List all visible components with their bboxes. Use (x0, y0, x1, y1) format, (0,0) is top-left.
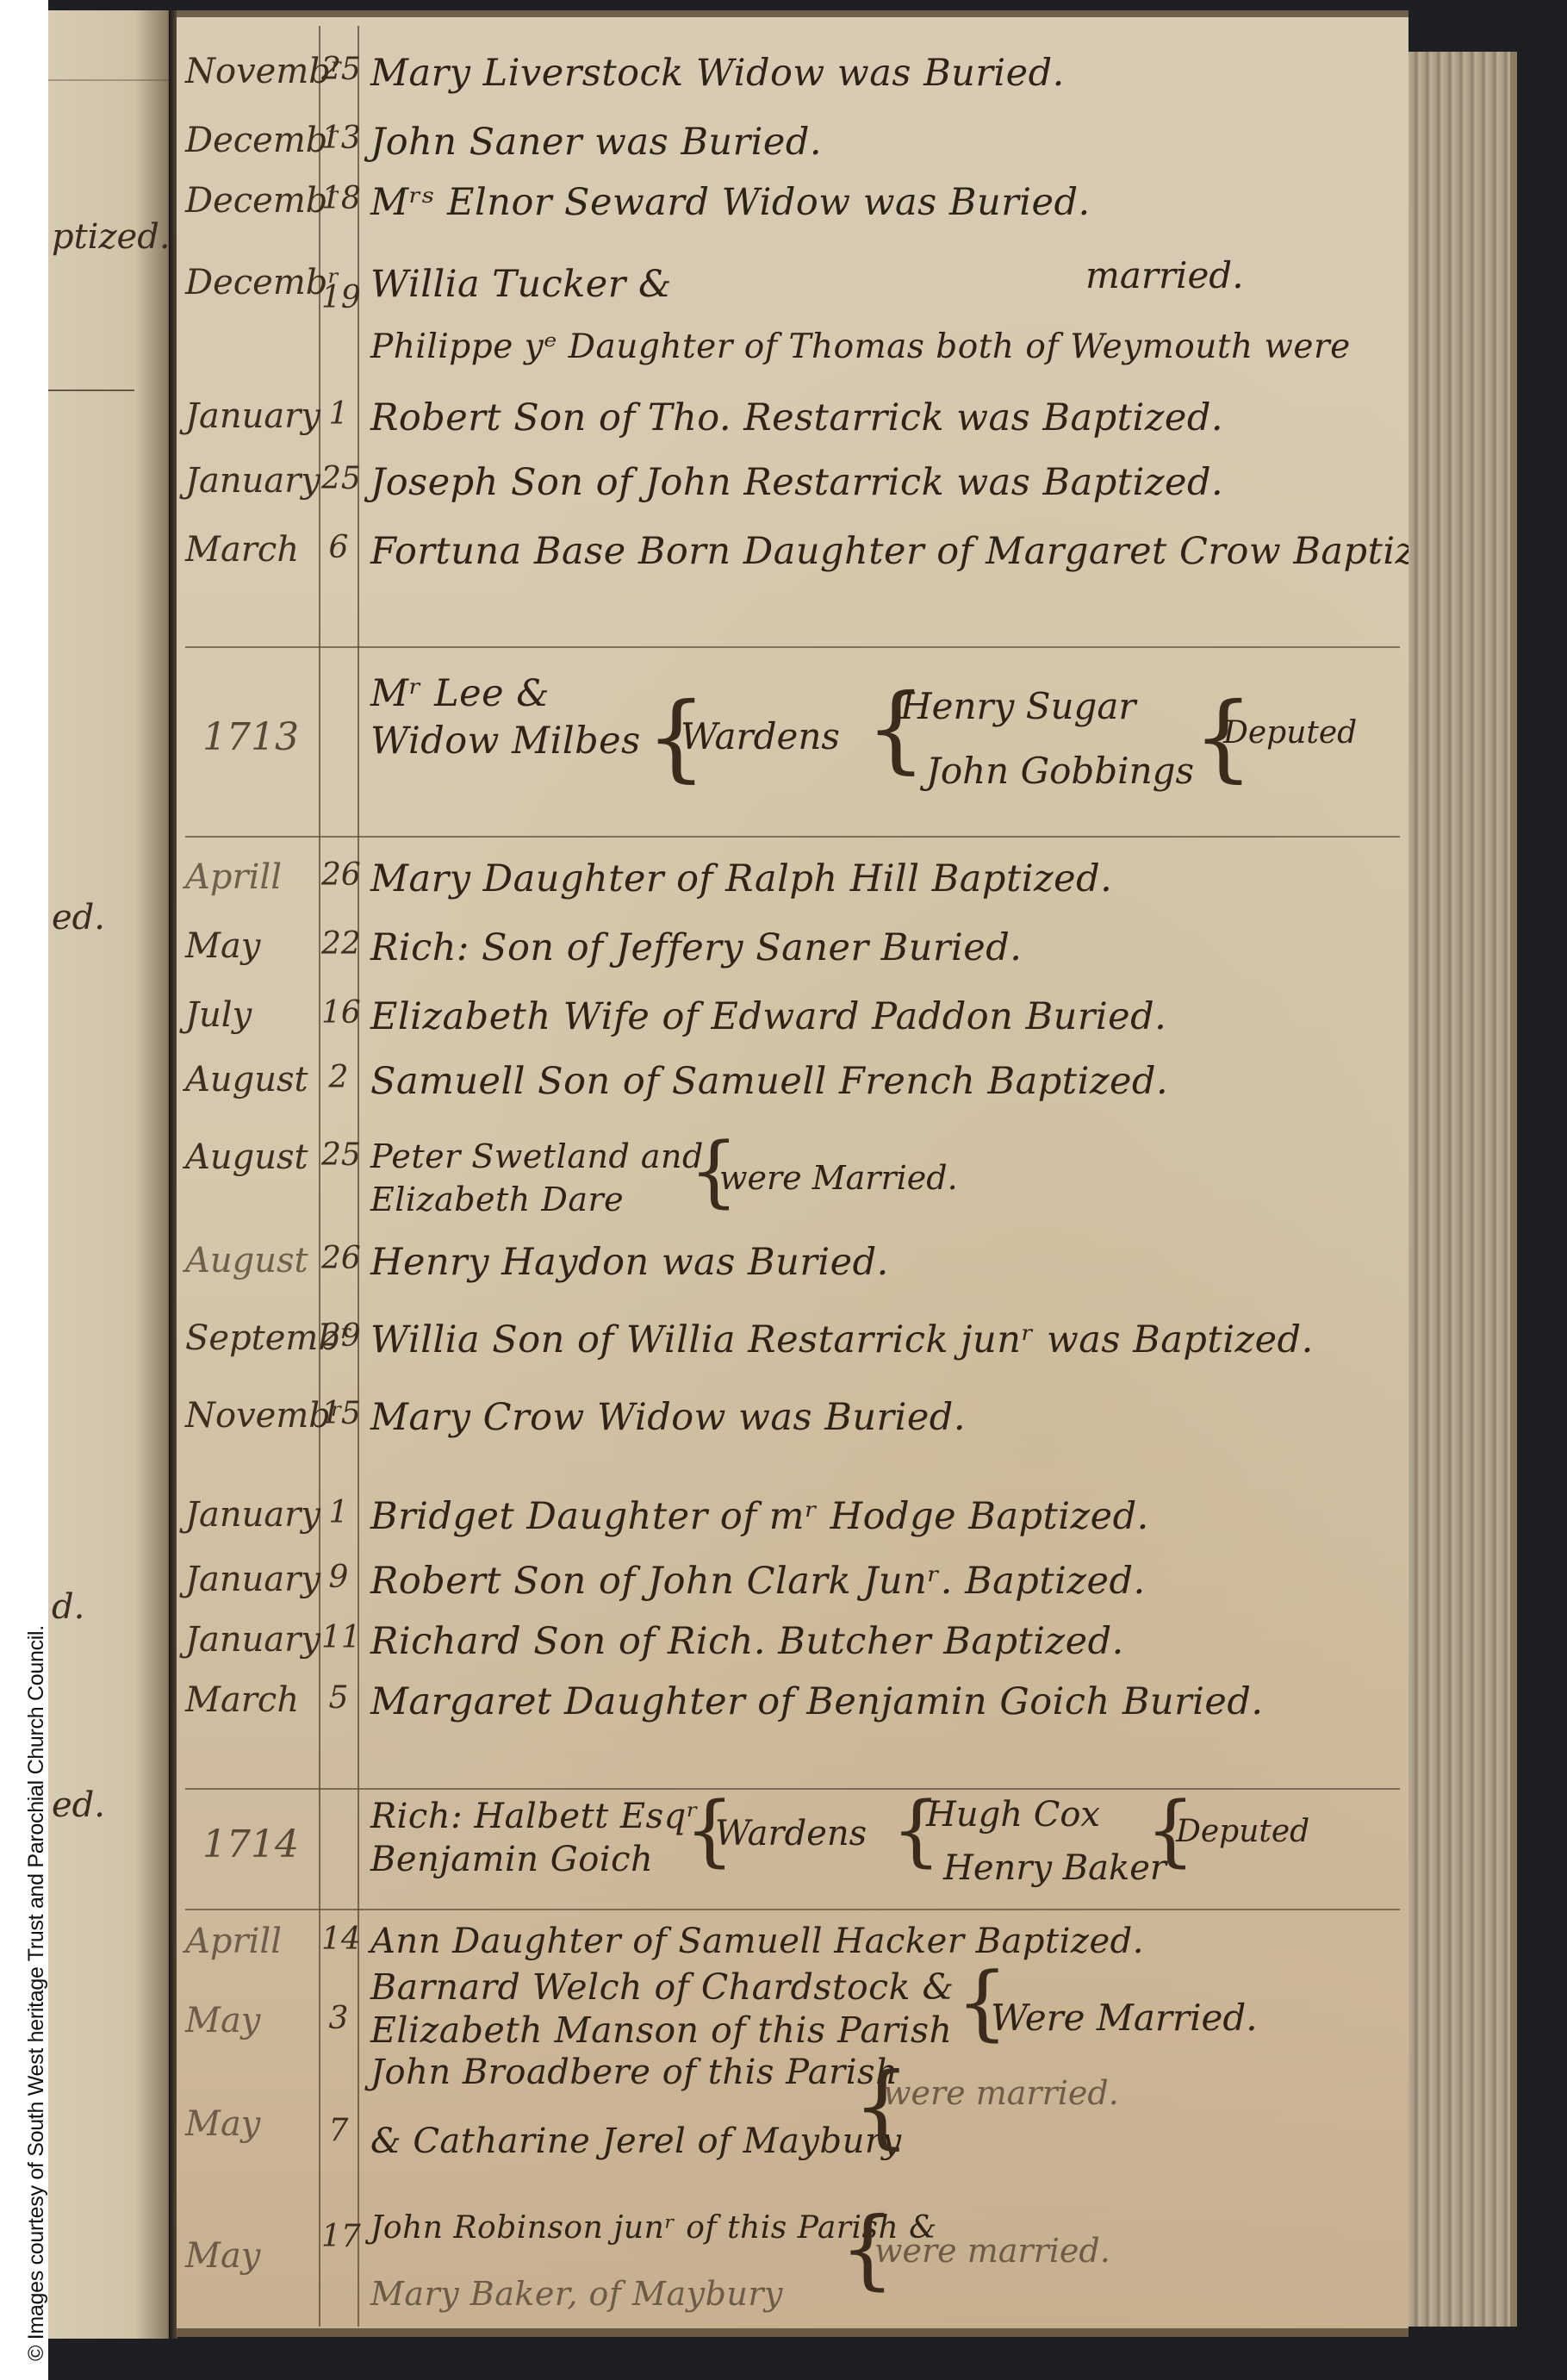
entry-text-line2: & Catharine Jerel of Maybury (370, 2121, 902, 2161)
entry-day: 14 (321, 1922, 356, 1957)
left-page-fragment: ptized. (52, 217, 171, 257)
deputy-name: Henry Baker (943, 1848, 1166, 1888)
left-page-fragment: ed. (52, 898, 105, 938)
left-page-fragment: ed. (52, 1785, 105, 1825)
entry-note: were Married. (719, 1159, 958, 1197)
warden-name: Mʳ Lee & (370, 672, 550, 715)
entry-day: 26 (321, 1241, 356, 1276)
entry-text-line2: Elizabeth Manson of this Parish (370, 2009, 952, 2051)
register-page: Novembʳ 25 Mary Liverstock Widow was Bur… (177, 10, 1408, 2337)
entry-day: 25 (321, 1137, 356, 1173)
section-divider (185, 1909, 1400, 1910)
entry-day: 29 (321, 1318, 356, 1354)
entry-text: Willia Tucker & (370, 263, 672, 306)
deputy-name: Hugh Cox (926, 1795, 1100, 1835)
entry-text-line2: Mary Baker, of Maybury (370, 2275, 783, 2313)
entry-day: 25 (321, 52, 356, 87)
entry-text: Mary Liverstock Widow was Buried. (370, 52, 1065, 95)
entry-text-line2: Elizabeth Dare (370, 1181, 624, 1218)
entry-text: Joseph Son of John Restarrick was Baptiz… (370, 461, 1223, 504)
warden-name: Benjamin Goich (370, 1840, 653, 1879)
warden-name: Widow Milbes (370, 720, 641, 763)
left-page-fragment: d. (52, 1587, 84, 1627)
entry-text: Fortuna Base Born Daughter of Margaret C… (370, 530, 1474, 573)
entry-text: Samuell Son of Samuell French Baptized. (370, 1060, 1168, 1103)
entry-day: 19 (321, 280, 356, 315)
section-divider (185, 646, 1400, 648)
entry-day: 1 (321, 396, 356, 432)
credit-strip: © Images courtesy of South West heritage… (0, 0, 48, 2380)
entry-day: 16 (321, 995, 356, 1031)
entry-day: 11 (321, 1620, 356, 1655)
entry-day: 5 (321, 1680, 356, 1716)
left-page-rule (48, 389, 134, 391)
entry-note: were married. (874, 2232, 1110, 2270)
entry-day: 18 (321, 181, 356, 216)
entry-text: Margaret Daughter of Benjamin Goich Buri… (370, 1680, 1264, 1723)
section-divider (185, 1788, 1400, 1790)
wardens-label: Wardens (715, 1814, 867, 1854)
entry-text: Henry Haydon was Buried. (370, 1241, 889, 1284)
entry-day: 7 (321, 2113, 356, 2148)
section-divider (185, 836, 1400, 838)
entry-text-line2: Philippe yᵉ Daughter of Thomas both of W… (370, 327, 1351, 366)
entry-text: Robert Son of John Clark Junʳ. Baptized. (370, 1560, 1146, 1603)
entry-day: 25 (321, 461, 356, 496)
entry-note: married. (1085, 254, 1244, 296)
entry-day: 9 (321, 1560, 356, 1595)
entry-day: 26 (321, 857, 356, 893)
wardens-label: Wardens (681, 715, 840, 757)
entry-day: 1 (321, 1495, 356, 1530)
entry-text: Willia Son of Willia Restarrick junʳ was… (370, 1318, 1314, 1361)
entry-text: Mary Crow Widow was Buried. (370, 1396, 966, 1439)
entry-note: were married. (883, 2074, 1119, 2112)
entry-day: 6 (321, 530, 356, 565)
book-page-edges (1408, 52, 1517, 2327)
left-page-rule (48, 79, 169, 81)
entry-day: 17 (321, 2219, 356, 2254)
deputed-label: Deputed (1176, 1814, 1309, 1849)
entry-day: 13 (321, 121, 356, 156)
entry-note: Were Married. (991, 1997, 1258, 2039)
entry-text: Barnard Welch of Chardstock & (370, 1966, 954, 2008)
entry-text: Rich: Son of Jeffery Saner Buried. (370, 926, 1022, 969)
entry-day: 22 (321, 926, 356, 962)
entry-text: John Broadbere of this Parish (370, 2053, 898, 2092)
day-column-rule (358, 26, 359, 2327)
entry-day: 2 (321, 1060, 356, 1095)
entry-text: Ann Daughter of Samuell Hacker Baptized. (370, 1922, 1144, 1961)
left-page-edge: ptized. ed. d. ed. (48, 10, 172, 2339)
entry-text: Richard Son of Rich. Butcher Baptized. (370, 1620, 1124, 1663)
copyright-credit: © Images courtesy of South West heritage… (24, 1625, 49, 2361)
warden-name: Rich: Halbett Esqʳ (370, 1797, 699, 1836)
entry-day: 15 (321, 1396, 356, 1431)
entry-text: Mary Daughter of Ralph Hill Baptized. (370, 857, 1112, 900)
deputy-name: John Gobbings (926, 750, 1194, 792)
year-label: 1714 (202, 1822, 299, 1866)
entry-text: Elizabeth Wife of Edward Paddon Buried. (370, 995, 1166, 1038)
entry-text: Peter Swetland and (370, 1137, 704, 1175)
entry-text: Mʳˢ Elnor Seward Widow was Buried. (370, 181, 1091, 224)
entry-text: John Saner was Buried. (370, 121, 822, 164)
deputy-name: Henry Sugar (900, 685, 1136, 727)
entry-day: 3 (321, 2001, 356, 2036)
deputed-label: Deputed (1223, 715, 1357, 751)
year-label: 1713 (202, 715, 299, 759)
entry-text: Robert Son of Tho. Restarrick was Baptiz… (370, 396, 1223, 439)
entry-text: Bridget Daughter of mʳ Hodge Baptized. (370, 1495, 1149, 1538)
